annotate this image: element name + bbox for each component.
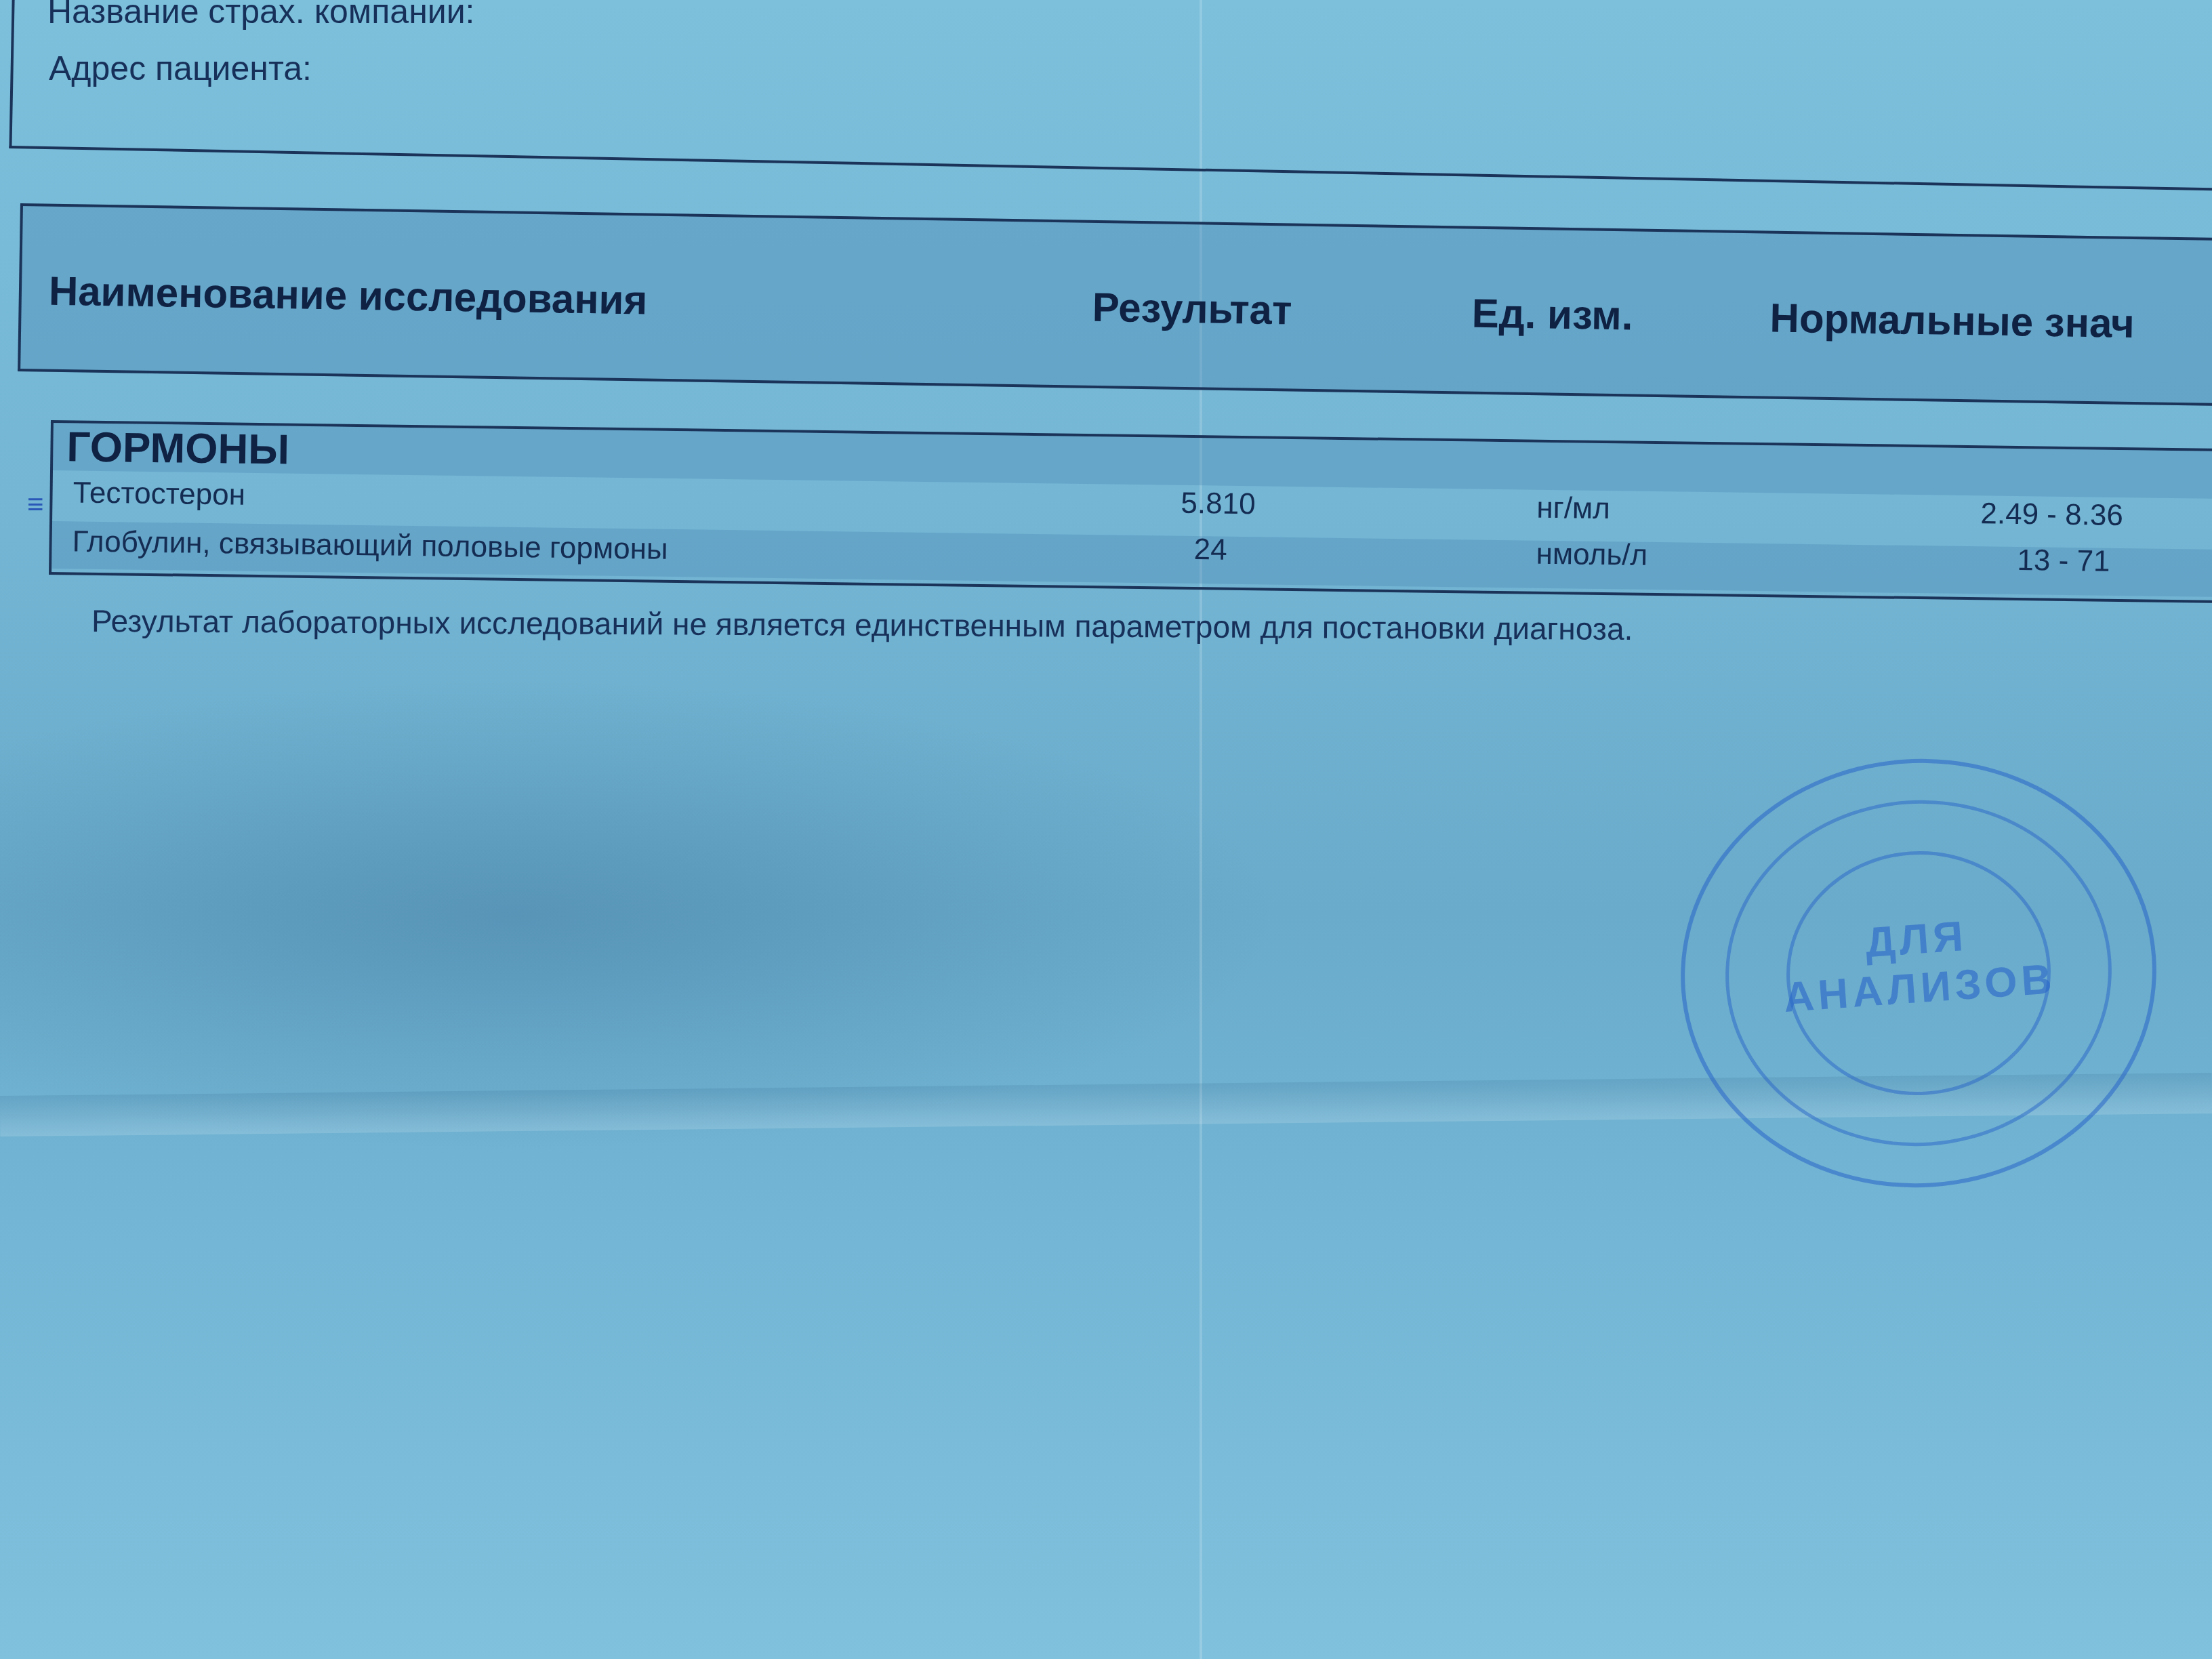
test-unit: нг/мл [1536,491,1610,526]
column-header-result: Результат [1092,284,1292,334]
test-result: 24 [1193,533,1227,567]
column-header-reference: Нормальные знач [1769,295,2135,347]
results-table: ГОРМОНЫ Тестостерон 5.810 нг/мл 2.49 - 8… [49,420,2212,604]
column-header-test-name: Наименование исследования [48,268,647,324]
disclaimer-text: Результат лабораторных исследований не я… [91,602,1633,647]
insurance-company-label: Название страх. компании: [47,0,475,31]
test-reference: 2.49 - 8.36 [1980,497,2123,533]
test-unit: нмоль/л [1536,537,1647,573]
group-row-band [53,423,2212,499]
table-header: Наименование исследования Результат Ед. … [18,203,2212,407]
test-result: 5.810 [1181,487,1256,521]
shadow-overlay [0,678,1288,1152]
test-name: Тестостерон [73,476,245,512]
handwritten-mark-icon: ≡ [27,488,81,515]
column-header-unit: Ед. изм. [1471,290,1633,340]
test-reference: 13 - 71 [2017,544,2110,579]
lab-stamp: ДЛЯ АНАЛИЗОВ [1666,743,2171,1203]
group-title: ГОРМОНЫ [66,423,289,474]
patient-address-label: Адрес пациента: [49,49,312,88]
